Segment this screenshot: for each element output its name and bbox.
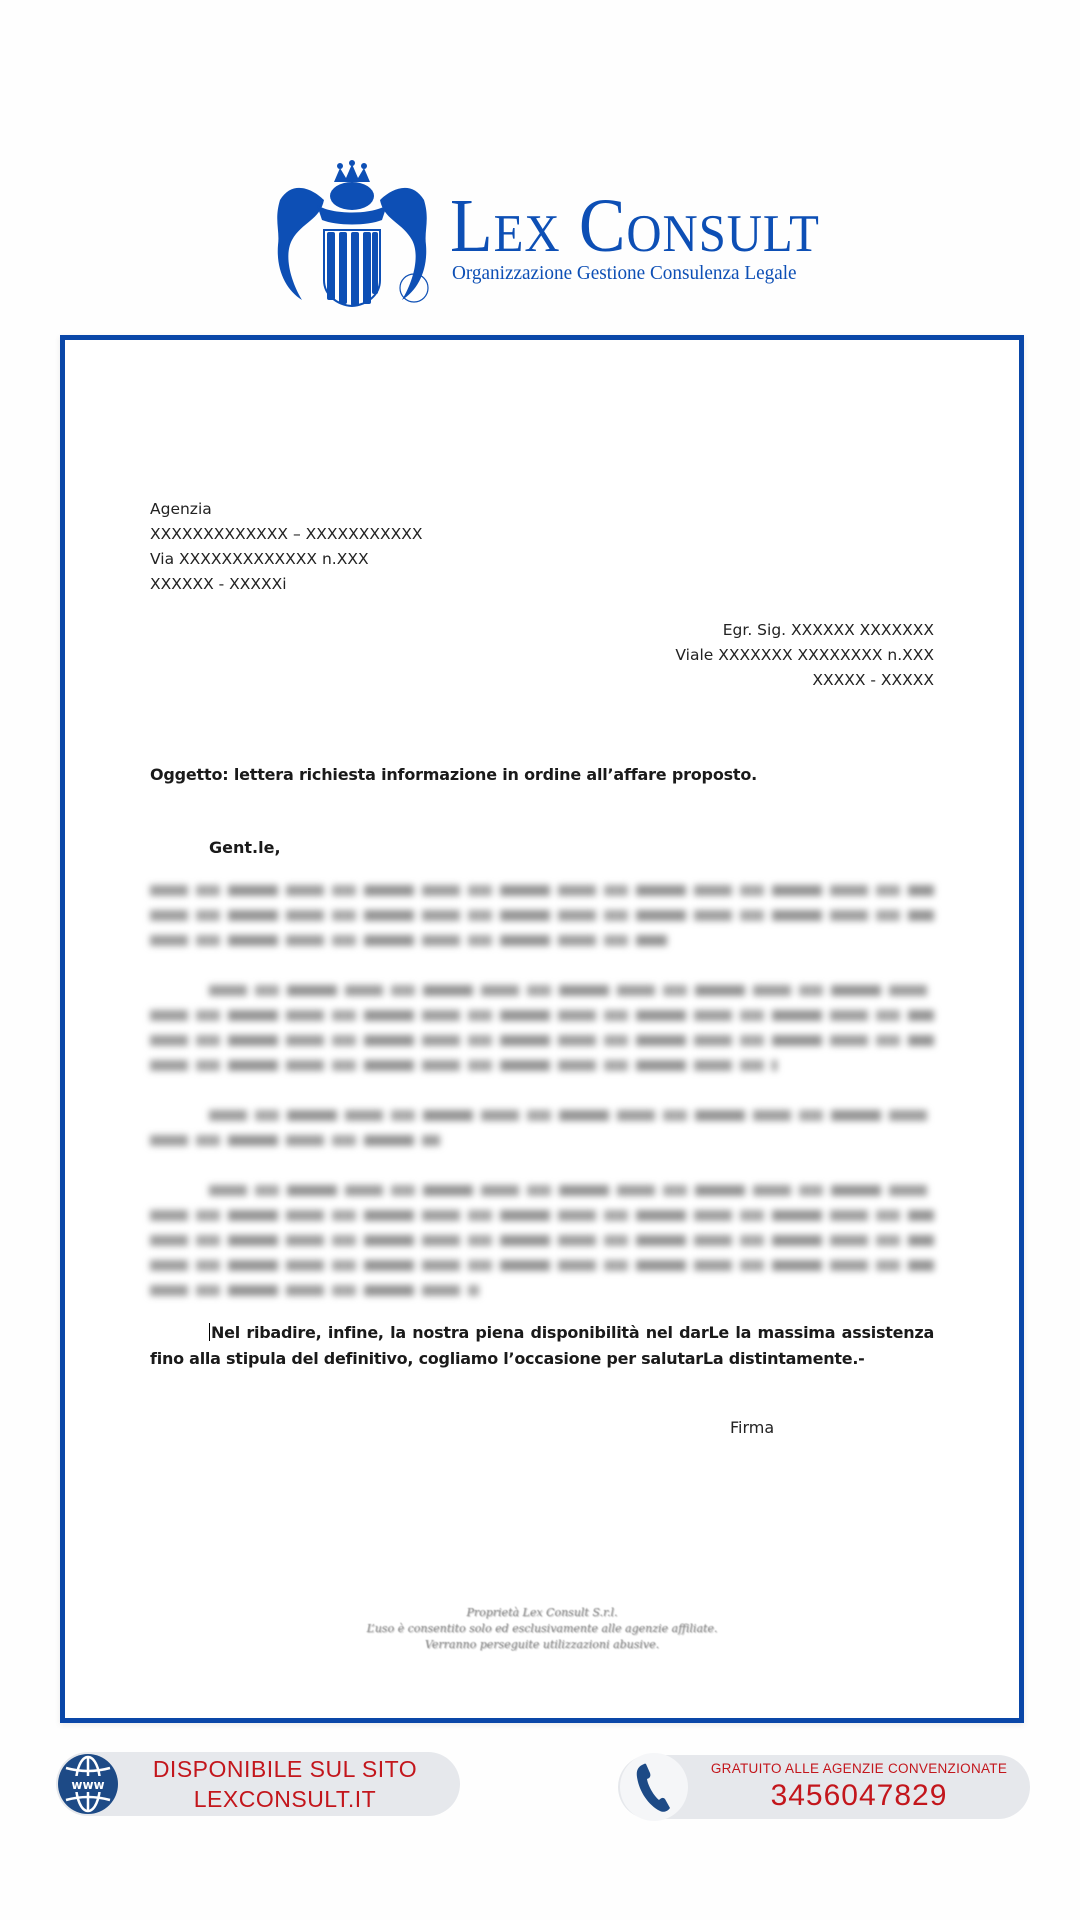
globe-www-icon: www: [56, 1752, 120, 1816]
recipient-line: Egr. Sig. XXXXXX XXXXXXX: [675, 618, 934, 643]
recipient-line: XXXXX - XXXXX: [675, 668, 934, 693]
blurred-paragraph: [150, 885, 934, 960]
coat-of-arms-icon: [272, 160, 432, 308]
sender-line: Agenzia: [150, 497, 422, 522]
phone-label: GRATUITO ALLE AGENZIE CONVENZIONATE: [688, 1760, 1030, 1778]
sender-address: Agenzia XXXXXXXXXXXXX – XXXXXXXXXXX Via …: [150, 497, 422, 597]
website-text: DISPONIBILE SUL SITO LEXCONSULT.IT: [120, 1754, 460, 1814]
phone-icon: [620, 1753, 688, 1821]
website-line1: DISPONIBILE SUL SITO: [120, 1754, 450, 1784]
recipient-address: Egr. Sig. XXXXXX XXXXXXX Viale XXXXXXX X…: [675, 618, 934, 693]
ownership-line: Verranno perseguite utilizzazioni abusiv…: [150, 1637, 934, 1653]
sender-line: XXXXXXXXXXXXX – XXXXXXXXXXX: [150, 522, 422, 547]
sender-line: Via XXXXXXXXXXXXX n.XXX: [150, 547, 422, 572]
text-cursor: [209, 1323, 210, 1341]
brand-name: Lex Consult: [450, 188, 820, 264]
signature-label: Firma: [730, 1418, 774, 1437]
blurred-paragraph: [150, 1110, 934, 1160]
website-badge[interactable]: www DISPONIBILE SUL SITO LEXCONSULT.IT: [56, 1752, 460, 1816]
ownership-note: Proprietà Lex Consult S.r.l. L’uso è con…: [150, 1605, 934, 1653]
brand-tagline: Organizzazione Gestione Consulenza Legal…: [452, 262, 797, 285]
phone-badge[interactable]: GRATUITO ALLE AGENZIE CONVENZIONATE 3456…: [618, 1755, 1030, 1819]
phone-text: GRATUITO ALLE AGENZIE CONVENZIONATE 3456…: [688, 1760, 1030, 1814]
closing-text: Nel ribadire, infine, la nostra piena di…: [150, 1323, 934, 1368]
recipient-line: Viale XXXXXXX XXXXXXXX n.XXX: [675, 643, 934, 668]
phone-number[interactable]: 3456047829: [688, 1778, 1030, 1814]
blurred-paragraph: [150, 1185, 934, 1310]
letter-subject: Oggetto: lettera richiesta informazione …: [150, 765, 757, 784]
letter-salutation: Gent.le,: [209, 838, 281, 857]
letter-document: Agenzia XXXXXXXXXXXXX – XXXXXXXXXXX Via …: [150, 340, 934, 1718]
closing-paragraph[interactable]: Nel ribadire, infine, la nostra piena di…: [150, 1320, 934, 1372]
letter-frame: Agenzia XXXXXXXXXXXXX – XXXXXXXXXXX Via …: [60, 335, 1024, 1723]
ownership-line: L’uso è consentito solo ed esclusivament…: [150, 1621, 934, 1637]
website-url[interactable]: LEXCONSULT.IT: [120, 1784, 450, 1814]
ownership-line: Proprietà Lex Consult S.r.l.: [150, 1605, 934, 1621]
brand-logo: Lex Consult Organizzazione Gestione Cons…: [272, 160, 812, 308]
blurred-paragraph: [150, 985, 934, 1085]
svg-text:www: www: [71, 1778, 104, 1792]
sender-line: XXXXXX - XXXXXi: [150, 572, 422, 597]
